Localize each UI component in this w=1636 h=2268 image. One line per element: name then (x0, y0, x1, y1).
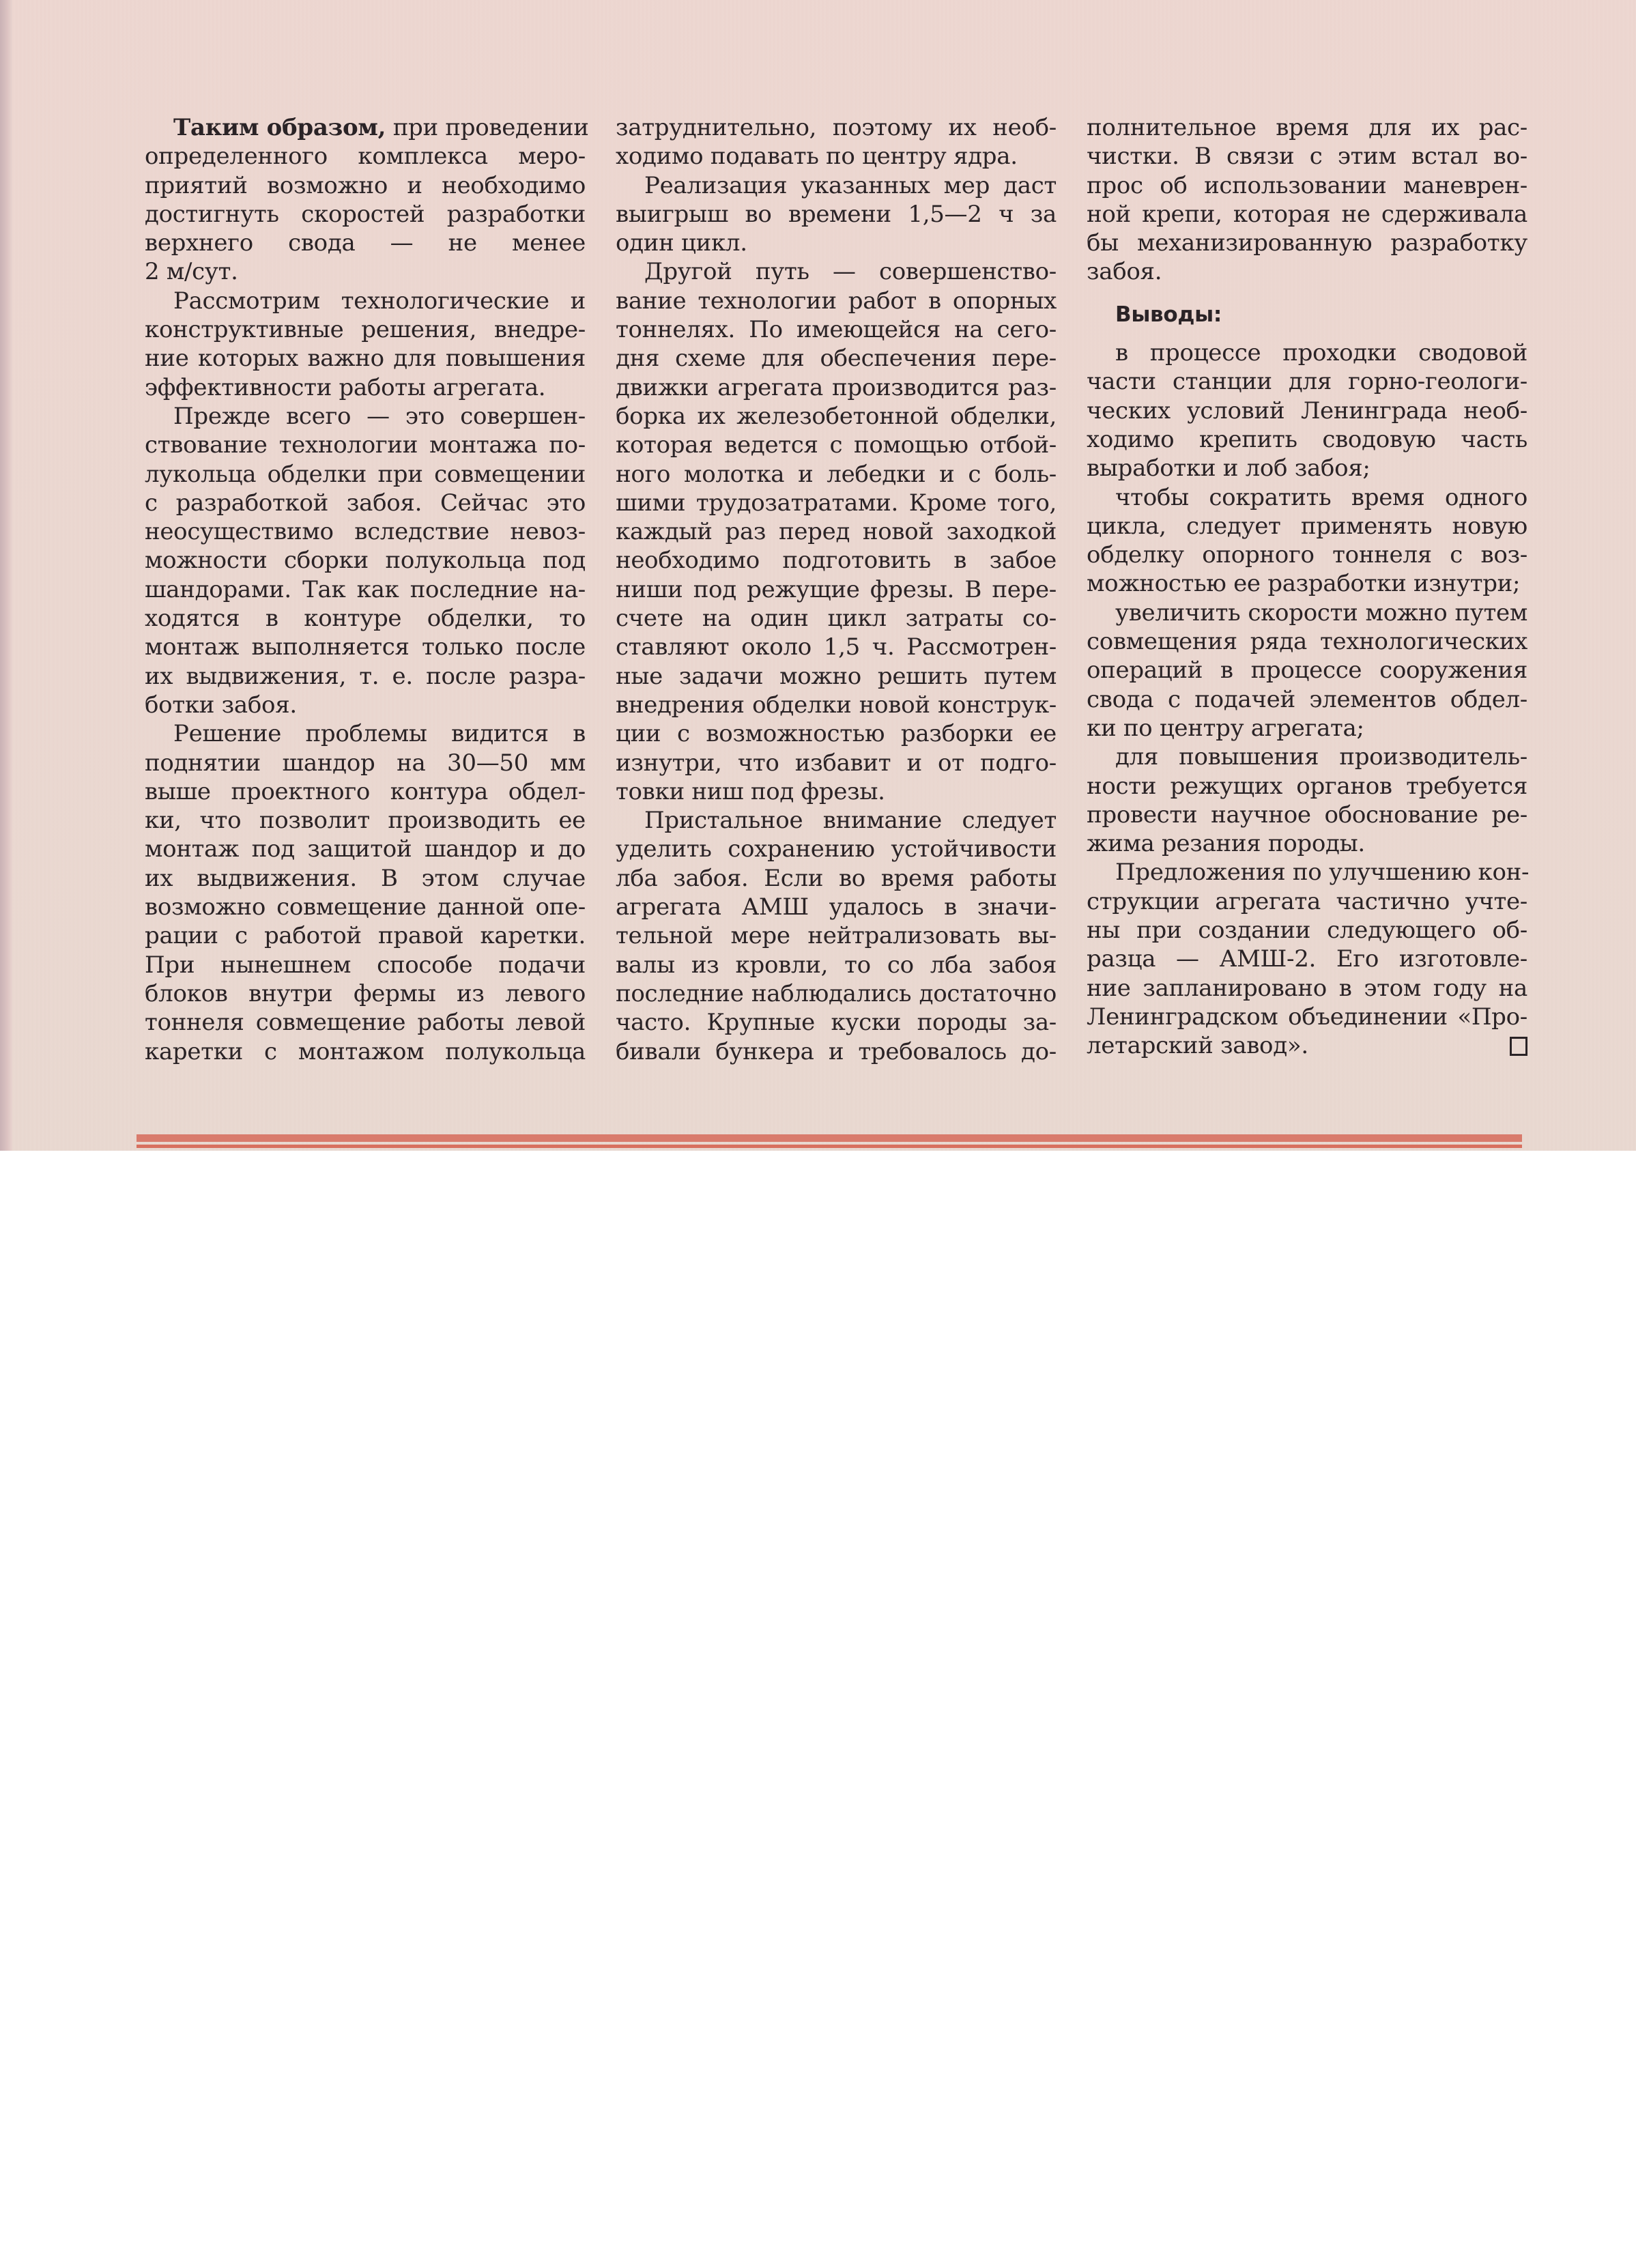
conclusion-item-line: для повышения производитель- (1087, 743, 1527, 771)
paragraph-line: шими трудозатратами. Кроме того, (616, 489, 1057, 517)
conclusion-item-line: части станции для горно-геологи- (1087, 367, 1527, 396)
page-binding-edge (0, 0, 12, 1151)
paragraph-line: струкции агрегата частично учте- (1087, 887, 1527, 916)
paragraph-line: ние запланировано в этом году на (1087, 974, 1527, 1003)
paragraph-line: рации с работой правой каретки. (145, 921, 586, 950)
paragraph-line: тельной мере нейтрализовать вы- (616, 921, 1057, 950)
paragraph-line: затруднительно, поэтому их необ- (616, 113, 1057, 142)
paragraph-line: ные задачи можно решить путем (616, 662, 1057, 691)
conclusions-heading: Выводы: (1087, 300, 1527, 329)
paragraph-line: ходимо подавать по центру ядра. (616, 142, 1057, 171)
paragraph-line: летарский завод». (1087, 1031, 1527, 1060)
paragraph-line: ходятся в контуре обделки, то (145, 604, 586, 633)
newspaper-page: Таким образом, при проведении определенн… (0, 0, 1636, 1151)
text-column-1: Таким образом, при проведении определенн… (145, 113, 586, 1066)
paragraph-line: каретки с монтажом полукольца (145, 1037, 586, 1066)
paragraph-line: их выдвижения, т. е. после разра- (145, 662, 586, 691)
decorative-rule-thick (137, 1134, 1522, 1142)
paragraph-line: Реализация указанных мер даст (616, 171, 1057, 200)
paragraph-line: ной крепи, которая не сдерживала (1087, 200, 1527, 229)
paragraph-line: тоннеля совмещение работы левой (145, 1008, 586, 1037)
conclusion-item-line: ки по центру агрегата; (1087, 714, 1527, 743)
paragraph-line: необходимо подготовить в забое (616, 546, 1057, 575)
paragraph-line: Ленинградском объединении «Про- (1087, 1003, 1527, 1031)
paragraph-line: конструктивные решения, внедре- (145, 315, 586, 344)
paragraph-line: уделить сохранению устойчивости (616, 835, 1057, 863)
paragraph-line: блоков внутри фермы из левого (145, 979, 586, 1008)
paragraph-line: достигнуть скоростей разработки (145, 200, 586, 229)
paragraph-line: монтаж выполняется только после (145, 633, 586, 661)
paragraph-line: валы из кровли, то со лба забоя (616, 951, 1057, 979)
paragraph-line: можности сборки полукольца под (145, 546, 586, 575)
paragraph-line: шандорами. Так как последние на- (145, 575, 586, 604)
paragraph-line: чистки. В связи с этим встал во- (1087, 142, 1527, 171)
paragraph-line: тоннелях. По имеющейся на сего- (616, 315, 1057, 344)
paragraph-line: изнутри, что избавит и от подго- (616, 749, 1057, 777)
paragraph-line: лукольца обделки при совмещении (145, 460, 586, 489)
paragraph-line: последние наблюдались достаточно (616, 979, 1057, 1008)
paragraph-line: Другой путь — совершенство- (616, 257, 1057, 286)
paragraph-line: часто. Крупные куски породы за- (616, 1008, 1057, 1037)
paragraph-line: товки ниш под фрезы. (616, 777, 1057, 806)
paragraph-line: выше проектного контура обдел- (145, 777, 586, 806)
bold-lead-in: Таким образом, (173, 114, 386, 141)
end-of-article-square-icon (1510, 1037, 1527, 1056)
paragraph-line: ставляют около 1,5 ч. Рассмотрен- (616, 633, 1057, 661)
paragraph-line: Предложения по улучшению кон- (1087, 858, 1527, 887)
conclusion-item-line: выработки и лоб забоя; (1087, 454, 1527, 483)
conclusion-item-line: цикла, следует применять новую (1087, 512, 1527, 541)
text-column-2: затруднительно, поэтому их необ- ходимо … (616, 113, 1057, 1066)
paragraph-line: ниши под режущие фрезы. В пере- (616, 575, 1057, 604)
conclusion-item-line: чтобы сократить время одного (1087, 483, 1527, 512)
paragraph-line: борка их железобетонной обделки, (616, 402, 1057, 431)
paragraph-line: ного молотка и лебедки и с боль- (616, 460, 1057, 489)
paragraph-line: ствование технологии монтажа по- (145, 431, 586, 459)
paragraph-line: дня схеме для обеспечения пере- (616, 344, 1057, 373)
conclusion-item-line: ности режущих органов требуется (1087, 772, 1527, 801)
paragraph-line: Рассмотрим технологические и (145, 287, 586, 315)
paragraph-line: определенного комплекса меро- (145, 142, 586, 171)
paragraph-line: вание технологии работ в опорных (616, 287, 1057, 315)
conclusion-item-line: ческих условий Ленинграда необ- (1087, 397, 1527, 425)
paragraph-line: возможно совмещение данной опе- (145, 893, 586, 921)
conclusion-item-line: свода с подачей элементов обдел- (1087, 685, 1527, 714)
paragraph-line: лба забоя. Если во время работы (616, 864, 1057, 893)
paragraph-line: ботки забоя. (145, 691, 586, 719)
conclusion-item-line: жима резания породы. (1087, 829, 1527, 858)
paragraph-line: Пристальное внимание следует (616, 806, 1057, 835)
paragraph-line: забоя. (1087, 257, 1527, 286)
paragraph-line: бивали бункера и требовалось до- (616, 1037, 1057, 1066)
paragraph-line: приятий возможно и необходимо (145, 171, 586, 200)
conclusion-item-line: провести научное обоснование ре- (1087, 801, 1527, 829)
paragraph-line: с разработкой забоя. Сейчас это (145, 489, 586, 517)
paragraph-line: При нынешнем способе подачи (145, 951, 586, 979)
paragraph-line: монтаж под защитой шандор и до (145, 835, 586, 863)
paragraph-line: ки, что позволит производить ее (145, 806, 586, 835)
paragraph-line: эффективности работы агрегата. (145, 373, 586, 402)
conclusion-item-line: операций в процессе сооружения (1087, 656, 1527, 685)
paragraph-line: разца — АМШ-2. Его изготовле- (1087, 945, 1527, 973)
paragraph-line: выигрыш во времени 1,5—2 ч за (616, 200, 1057, 229)
paragraph-line: агрегата АМШ удалось в значи- (616, 893, 1057, 921)
paragraph-line: неосуществимо вследствие невоз- (145, 517, 586, 546)
conclusion-item-line: можностью ее разработки изнутри; (1087, 569, 1527, 598)
paragraph-line: бы механизированную разработку (1087, 229, 1527, 257)
paragraph-line: внедрения обделки новой конструк- (616, 691, 1057, 719)
conclusion-item-line: ходимо крепить сводовую часть (1087, 425, 1527, 454)
paragraph-line: счете на один цикл затраты со- (616, 604, 1057, 633)
paragraph-line: которая ведется с помощью отбой- (616, 431, 1057, 459)
paragraph-line: каждый раз перед новой заходкой (616, 517, 1057, 546)
conclusion-item-line: в процессе проходки сводовой (1087, 339, 1527, 367)
paragraph-line: ции с возможностью разборки ее (616, 719, 1057, 748)
paragraph-line: верхнего свода — не менее (145, 229, 586, 257)
paragraph-line: 2 м/сут. (145, 257, 586, 286)
paragraph-line: Таким образом, при проведении (145, 113, 586, 142)
conclusion-item-line: увеличить скорости можно путем (1087, 599, 1527, 627)
paragraph-line: один цикл. (616, 229, 1057, 257)
paragraph-line: их выдвижения. В этом случае (145, 864, 586, 893)
paragraph-line: ние которых важно для повышения (145, 344, 586, 373)
paragraph-line: полнительное время для их рас- (1087, 113, 1527, 142)
text-column-3: полнительное время для их рас- чистки. В… (1087, 113, 1527, 1061)
conclusion-item-line: обделку опорного тоннеля с воз- (1087, 541, 1527, 569)
paragraph-line: прос об использовании маневрен- (1087, 171, 1527, 200)
paragraph-line: Прежде всего — это совершен- (145, 402, 586, 431)
conclusion-item-line: совмещения ряда технологических (1087, 627, 1527, 656)
decorative-rule-thin (137, 1145, 1522, 1148)
paragraph-line: движки агрегата производится раз- (616, 373, 1057, 402)
paragraph-line: ны при создании следующего об- (1087, 916, 1527, 945)
paragraph-line: Решение проблемы видится в (145, 719, 586, 748)
paragraph-line: поднятии шандор на 30—50 мм (145, 749, 586, 777)
